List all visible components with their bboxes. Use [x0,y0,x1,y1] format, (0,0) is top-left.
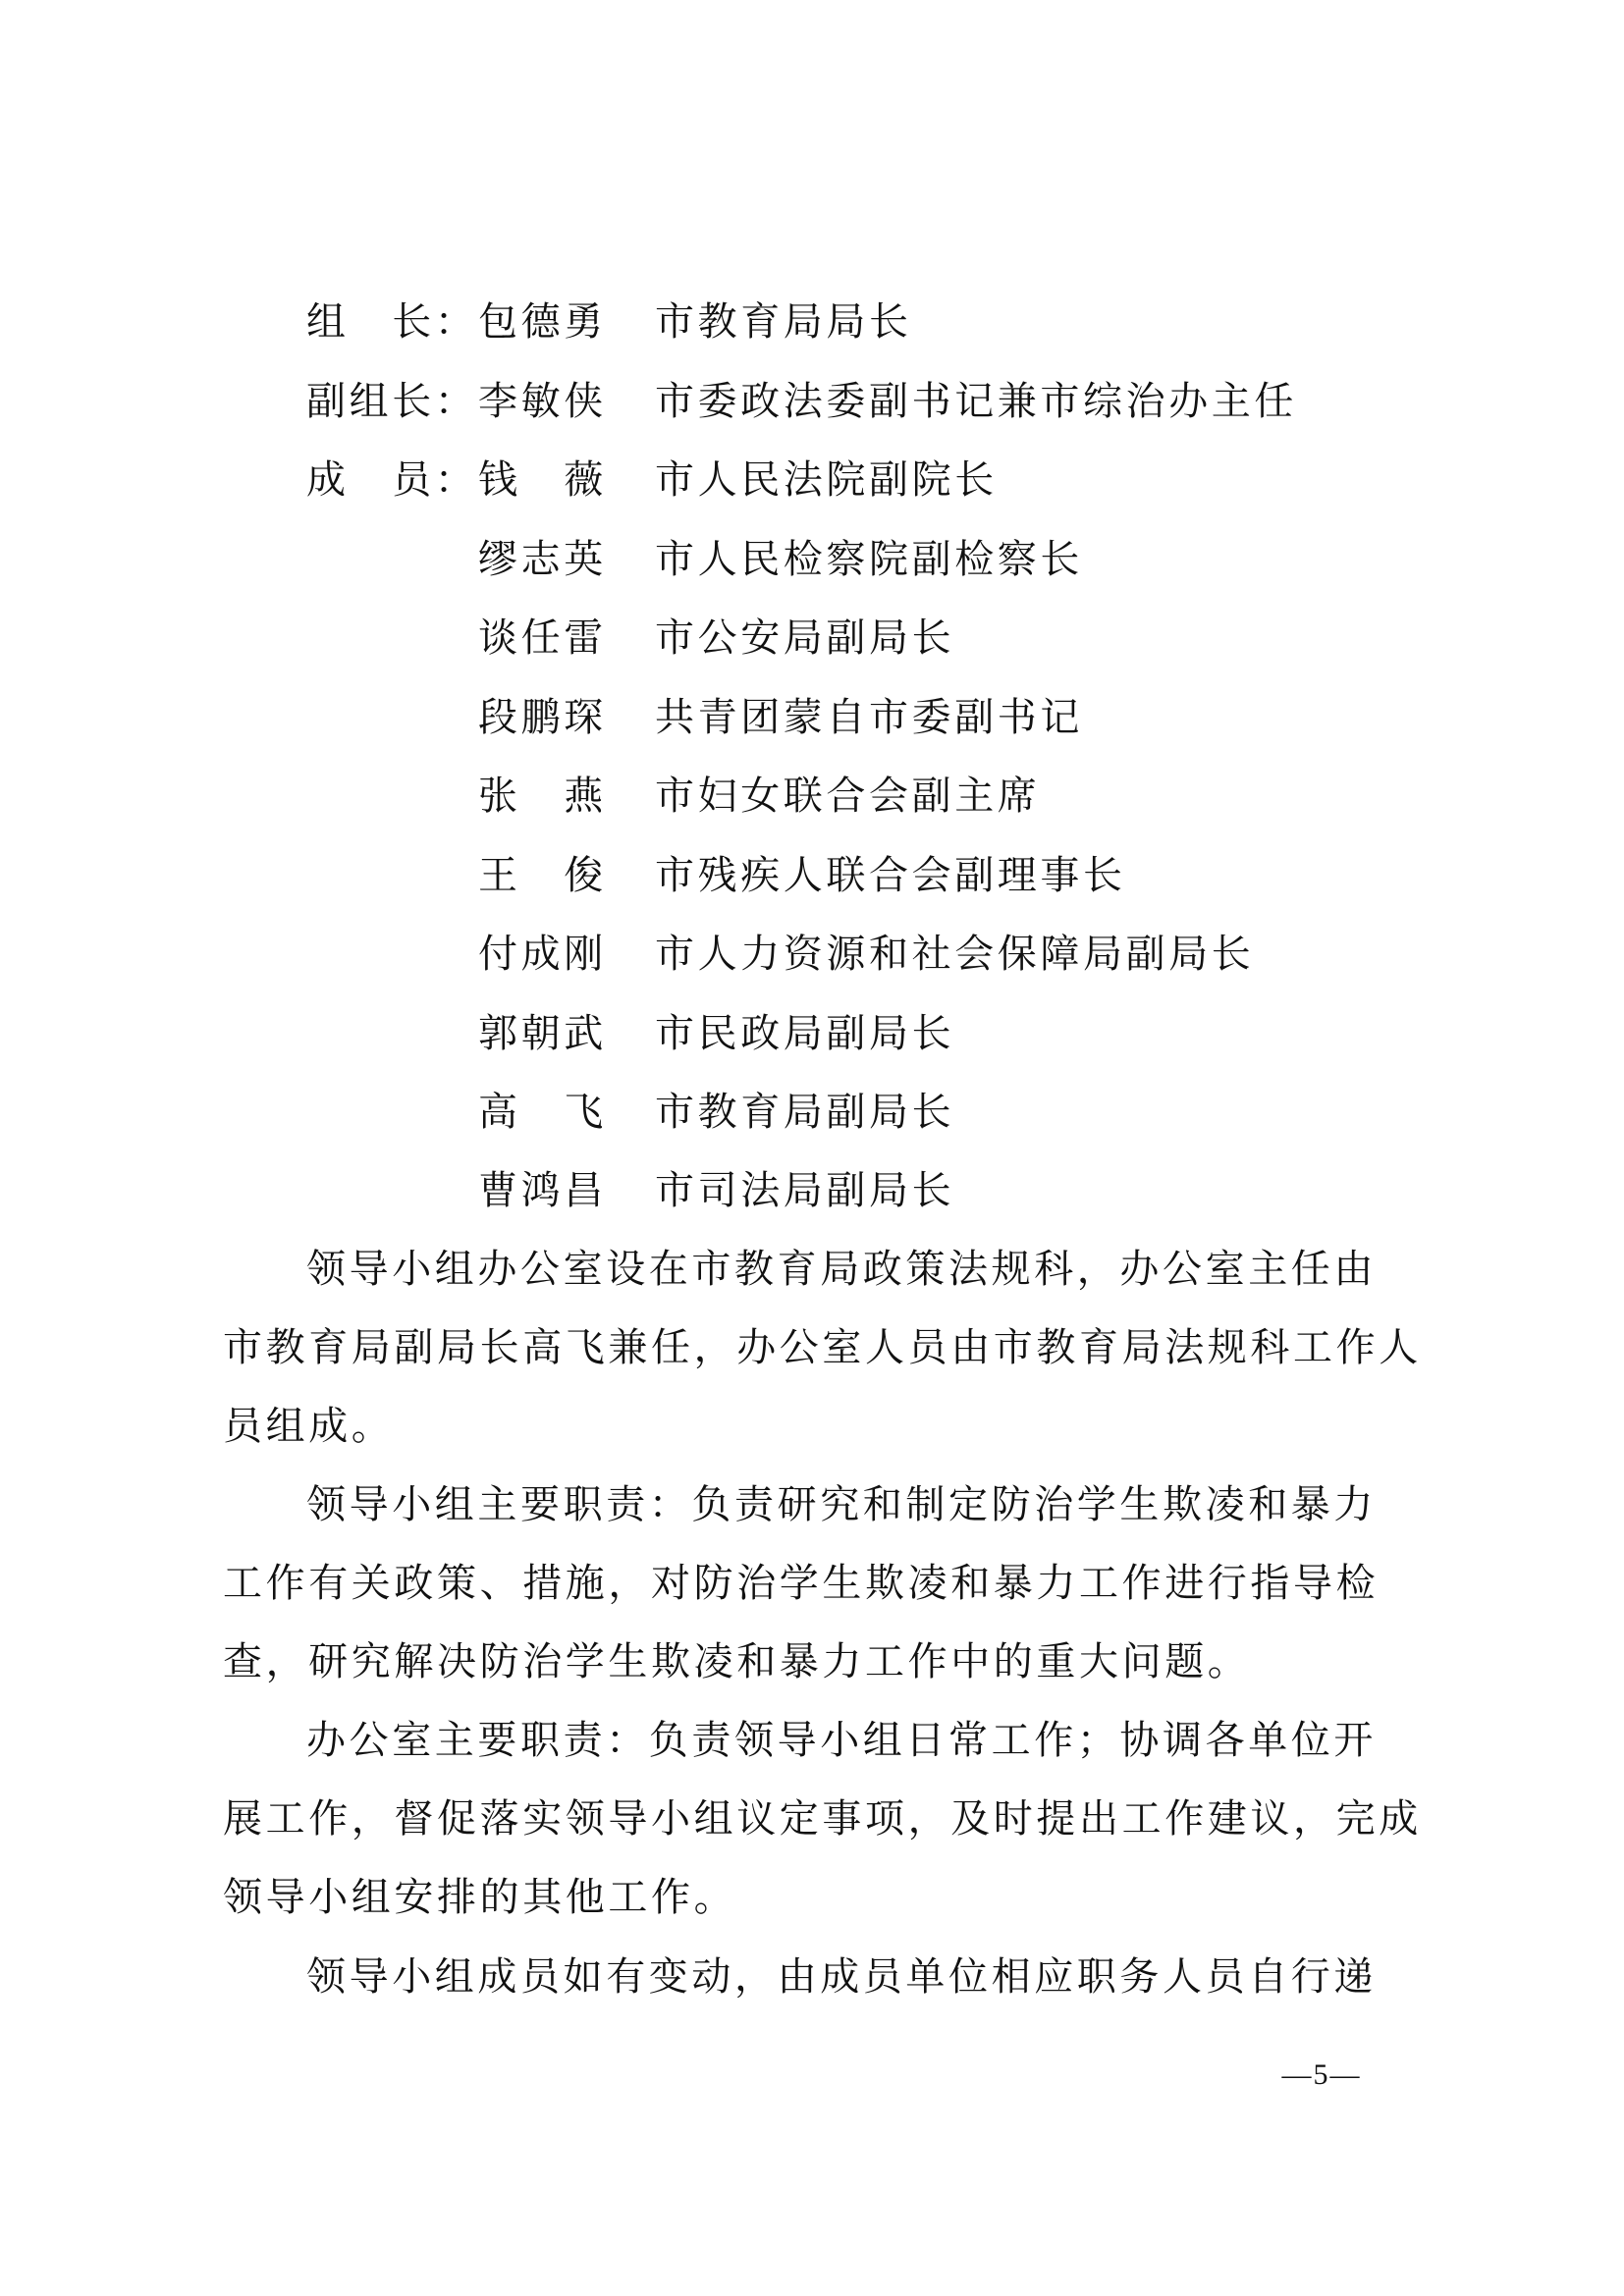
paragraph-line: 员组成。 [223,1405,394,1448]
member-position: 市残疾人联合会副理事长 [655,854,1126,897]
member-name: 缪志英 [478,538,607,581]
paragraph-line: 领导小组安排的其他工作。 [223,1876,736,1919]
roster-row: 郭朝武 市民政局副局长 [0,1012,1624,1055]
paragraph-line: 领导小组办公室设在市教育局政策法规科，办公室主任由 [306,1248,1377,1291]
member-name: 张 燕 [478,774,607,818]
roster-row: 成 员： 钱 薇 市人民法院副院长 [0,458,1624,502]
member-position: 市人力资源和社会保障局副局长 [655,933,1254,976]
member-position: 市司法局副局长 [655,1169,954,1212]
roster-row: 王 俊 市残疾人联合会副理事长 [0,854,1624,897]
member-name: 郭朝武 [478,1012,607,1055]
role-label: 副组长： [306,380,477,423]
roster-row: 谈任雷 市公安局副局长 [0,616,1624,660]
member-name: 谈任雷 [478,616,607,660]
paragraph-line: 办公室主要职责：负责领导小组日常工作；协调各单位开 [306,1719,1377,1762]
paragraph-line: 查，研究解决防治学生欺凌和暴力工作中的重大问题。 [223,1640,1250,1683]
paragraph-line: 领导小组主要职责：负责研究和制定防治学生欺凌和暴力 [306,1483,1377,1526]
roster-row: 张 燕 市妇女联合会副主席 [0,774,1624,818]
member-position: 市公安局副局长 [655,616,954,660]
member-name: 王 俊 [478,854,607,897]
member-position: 市人民法院副院长 [655,458,998,502]
member-name: 包德勇 [478,300,607,344]
roster-row: 段鹏琛 共青团蒙自市委副书记 [0,696,1624,739]
member-position: 共青团蒙自市委副书记 [655,696,1083,739]
member-position: 市人民检察院副检察长 [655,538,1083,581]
member-name: 段鹏琛 [478,696,607,739]
roster-row: 高 飞 市教育局副局长 [0,1091,1624,1134]
page-number: —5— [1264,2056,1380,2095]
paragraph-line: 市教育局副局长高飞兼任，办公室人员由市教育局法规科工作人 [223,1326,1422,1369]
paragraph-line: 领导小组成员如有变动，由成员单位相应职务人员自行递 [306,1955,1377,1999]
member-position: 市教育局副局长 [655,1091,954,1134]
paragraph-line: 展工作，督促落实领导小组议定事项，及时提出工作建议，完成 [223,1797,1422,1841]
member-name: 高 飞 [478,1091,607,1134]
member-position: 市委政法委副书记兼市综治办主任 [655,380,1297,423]
role-label: 组 长： [306,300,477,344]
roster-row: 组 长： 包德勇 市教育局局长 [0,300,1624,344]
paragraph-line: 工作有关政策、措施，对防治学生欺凌和暴力工作进行指导检 [223,1562,1379,1605]
member-name: 曹鸿昌 [478,1169,607,1212]
member-name: 付成刚 [478,933,607,976]
member-position: 市教育局局长 [655,300,912,344]
role-label: 成 员： [306,458,477,502]
roster-row: 付成刚 市人力资源和社会保障局副局长 [0,933,1624,976]
member-position: 市妇女联合会副主席 [655,774,1040,818]
member-name: 钱 薇 [478,458,607,502]
roster-row: 缪志英 市人民检察院副检察长 [0,538,1624,581]
member-position: 市民政局副局长 [655,1012,954,1055]
member-name: 李敏侠 [478,380,607,423]
roster-row: 副组长： 李敏侠 市委政法委副书记兼市综治办主任 [0,380,1624,423]
roster-row: 曹鸿昌 市司法局副局长 [0,1169,1624,1212]
